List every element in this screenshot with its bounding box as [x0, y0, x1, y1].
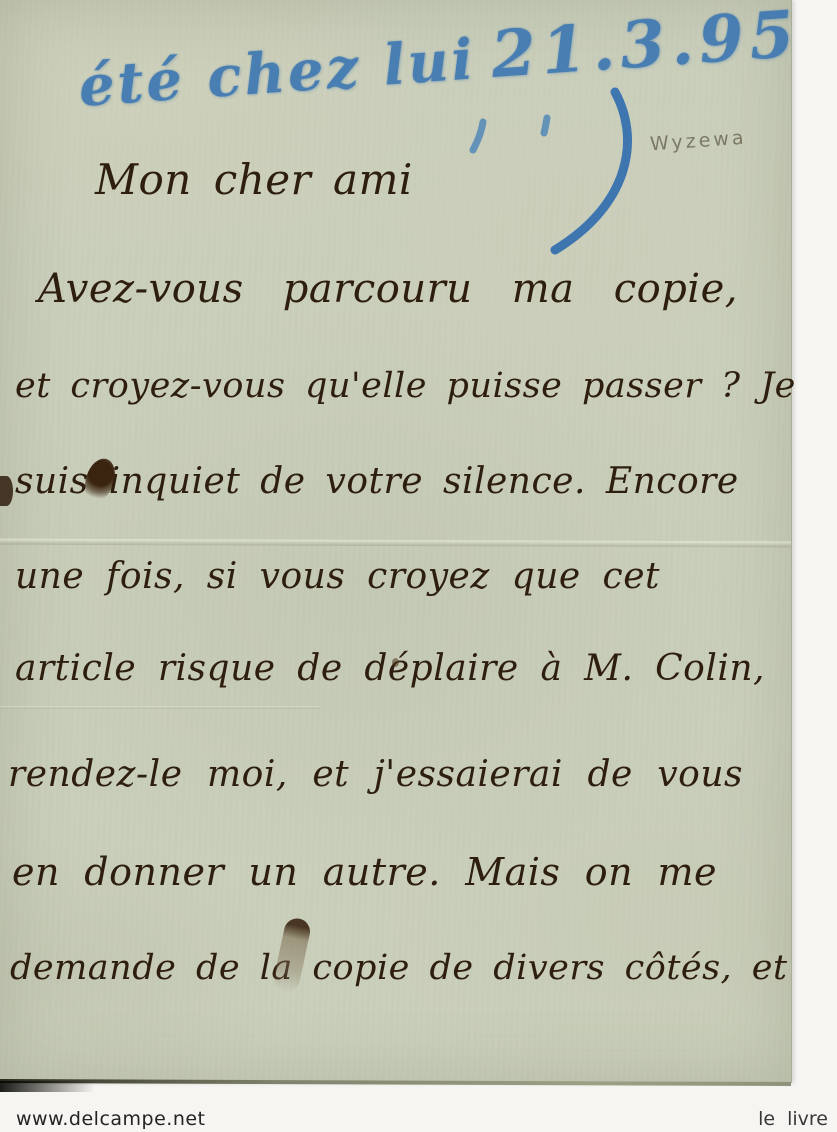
- letter-line: rendez-le moi, et j'essaierai de vous: [8, 754, 743, 795]
- bottom-left-corner-shadow: [0, 1081, 95, 1092]
- fold-crease: [0, 539, 791, 548]
- letter-line: suis inquiet de votre silence. Encore: [15, 461, 720, 502]
- letter-line: Avez-vous parcouru ma copie,: [38, 266, 738, 312]
- blue-annotation-text: été chez lui: [77, 26, 478, 120]
- letter-line: et croyez-vous qu'elle puisse passer ? J…: [15, 366, 745, 406]
- letter-line: article risque de déplaire à M. Colin,: [15, 648, 765, 689]
- edge-ink-stain: [0, 476, 13, 506]
- fold-crease-faint: [0, 706, 320, 709]
- blue-flourish-stroke: [455, 80, 665, 280]
- letter-line: en donner un autre. Mais on me: [12, 850, 717, 894]
- ink-speck: [392, 658, 399, 667]
- scanned-letter-photo: été chez lui21.3.95 Wyzewa Mon cher ami …: [0, 0, 837, 1132]
- watermark-le-livre: le livre: [758, 1108, 828, 1130]
- watermark-delcampe: www.delcampe.net: [16, 1108, 206, 1130]
- letter-line: demande de la copie de divers côtés, et: [10, 948, 765, 988]
- salutation: Mon cher ami: [95, 155, 410, 204]
- letter-line: une fois, si vous croyez que cet: [15, 556, 660, 597]
- letter-paper: été chez lui21.3.95 Wyzewa Mon cher ami …: [0, 0, 792, 1083]
